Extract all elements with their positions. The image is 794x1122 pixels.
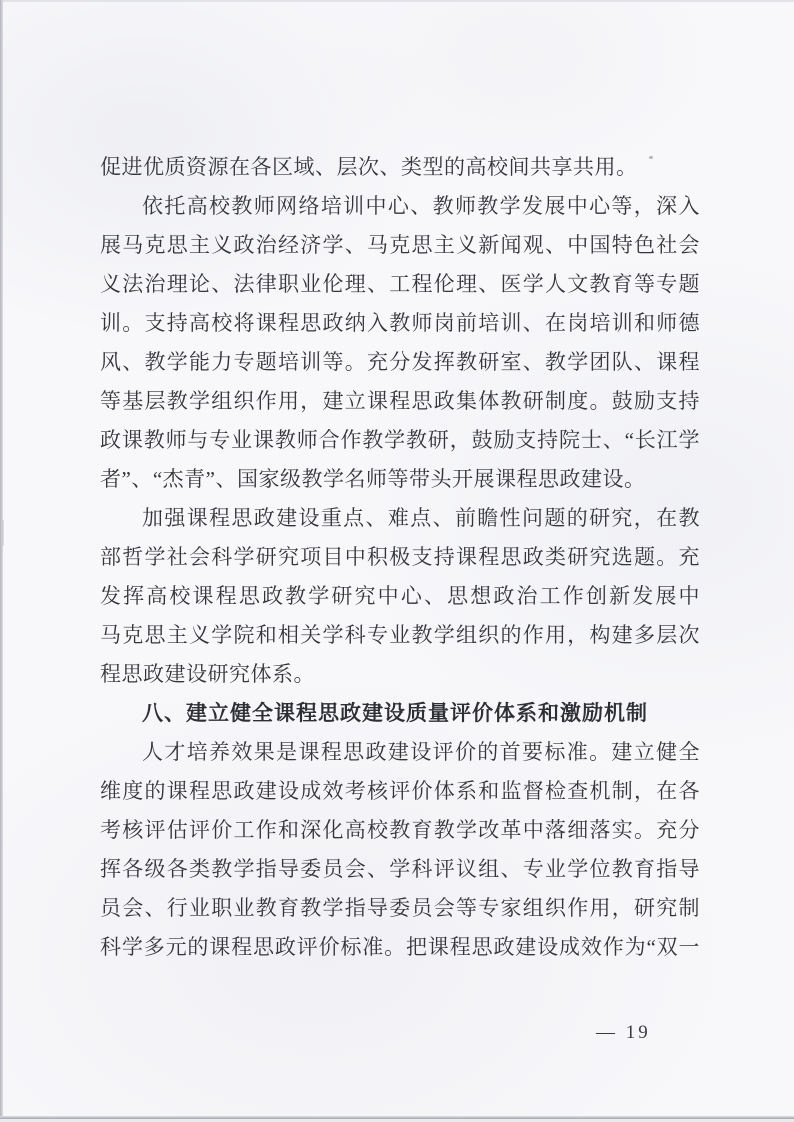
text-line: 者”、“杰青”、国家级教学名师等带头开展课程思政建设。: [100, 460, 700, 499]
paragraph: 促进优质资源在各区域、层次、类型的高校间共享共用。: [100, 148, 700, 187]
text-line: 政课教师与专业课教师合作教学教研，鼓励支持院士、“长江学: [100, 421, 700, 460]
text-line: 促进优质资源在各区域、层次、类型的高校间共享共用。: [100, 148, 700, 187]
scan-speck: [2, 520, 4, 546]
text-line: 人才培养效果是课程思政建设评价的首要标准。建立健全多: [100, 733, 700, 772]
paragraph: 依托高校教师网络培训中心、教师教学发展中心等，深入开展马克思主义政治经济学、马克…: [100, 187, 700, 499]
page-edge-top: [0, 0, 794, 2]
paragraph: 人才培养效果是课程思政建设评价的首要标准。建立健全多维度的课程思政建设成效考核评…: [100, 733, 700, 967]
document-page: 促进优质资源在各区域、层次、类型的高校间共享共用。依托高校教师网络培训中心、教师…: [0, 0, 794, 1122]
page-number: — 19: [596, 1020, 686, 1046]
text-line: 马克思主义学院和相关学科专业教学组织的作用，构建多层次课: [100, 616, 700, 655]
text-line: 挥各级各类教学指导委员会、学科评议组、专业学位教育指导委: [100, 850, 700, 889]
text-line: 考核评估评价工作和深化高校教育教学改革中落细落实。充分发: [100, 811, 700, 850]
text-line: 程思政建设研究体系。: [100, 655, 700, 694]
paragraph: 加强课程思政建设重点、难点、前瞻性问题的研究，在教育部哲学社会科学研究项目中积极…: [100, 499, 700, 694]
heading-line: 八、建立健全课程思政建设质量评价体系和激励机制: [100, 694, 700, 733]
text-line: 训。支持高校将课程思政纳入教师岗前培训、在岗培训和师德师: [100, 304, 700, 343]
text-line: 义法治理论、法律职业伦理、工程伦理、医学人文教育等专题培: [100, 265, 700, 304]
text-line: 依托高校教师网络培训中心、教师教学发展中心等，深入开: [100, 187, 700, 226]
text-line: 部哲学社会科学研究项目中积极支持课程思政类研究选题。充分: [100, 538, 700, 577]
text-line: 员会、行业职业教育教学指导委员会等专家组织作用，研究制订: [100, 889, 700, 928]
section-heading: 八、建立健全课程思政建设质量评价体系和激励机制: [100, 694, 700, 733]
text-line: 风、教学能力专题培训等。充分发挥教研室、教学团队、课程组: [100, 343, 700, 382]
text-line: 等基层教学组织作用，建立课程思政集体教研制度。鼓励支持思: [100, 382, 700, 421]
text-line: 展马克思主义政治经济学、马克思主义新闻观、中国特色社会主: [100, 226, 700, 265]
text-line: 维度的课程思政建设成效考核评价体系和监督检查机制，在各类: [100, 772, 700, 811]
text-line: 科学多元的课程思政评价标准。把课程思政建设成效作为“双一: [100, 928, 700, 967]
text-line: 加强课程思政建设重点、难点、前瞻性问题的研究，在教育: [100, 499, 700, 538]
page-edge-left: [0, 0, 3, 1122]
text-area: 促进优质资源在各区域、层次、类型的高校间共享共用。依托高校教师网络培训中心、教师…: [100, 148, 700, 967]
text-line: 发挥高校课程思政教学研究中心、思想政治工作创新发展中心、: [100, 577, 700, 616]
